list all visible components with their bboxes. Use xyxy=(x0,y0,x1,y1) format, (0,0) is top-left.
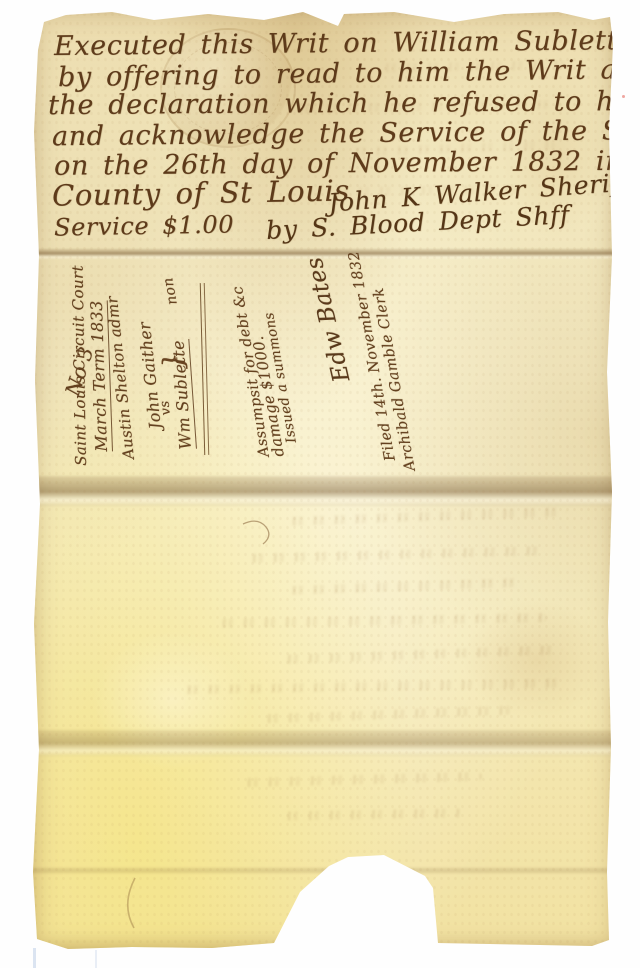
bleedthrough-mark xyxy=(217,613,547,628)
bleedthrough-mark xyxy=(287,507,567,526)
return-line-6: County of St Louis xyxy=(52,173,350,212)
fold-crease-middle xyxy=(32,476,616,506)
docket-vs: vs xyxy=(158,400,172,416)
scanner-streak xyxy=(95,950,97,968)
docket-double-rule xyxy=(200,283,210,455)
service-fee: Service $1.00 xyxy=(54,210,235,241)
scanner-speck xyxy=(622,95,625,98)
fold-crease-bottom xyxy=(32,868,616,873)
docket-note: non xyxy=(161,276,180,306)
docket-court: Saint Louis Circuit Court xyxy=(70,265,89,466)
bleedthrough-mark xyxy=(287,578,517,595)
fold-crease-lower xyxy=(32,730,616,756)
docket-defendant: Wm Sublette xyxy=(170,339,197,450)
bleedthrough-mark xyxy=(262,706,512,724)
bleedthrough-mark xyxy=(282,808,462,820)
bleedthrough-mark xyxy=(282,645,562,664)
paper-stain xyxy=(462,600,612,720)
bleedthrough-mark xyxy=(242,772,482,787)
paper-stain xyxy=(92,630,252,770)
attorney-signature: Edw Bates xyxy=(303,255,354,384)
scanner-streak xyxy=(33,948,36,968)
document-paper: Executed this Writ on William Sublette b… xyxy=(32,10,616,951)
bleedthrough-mark xyxy=(182,679,562,695)
bleedthrough-mark xyxy=(247,546,547,563)
